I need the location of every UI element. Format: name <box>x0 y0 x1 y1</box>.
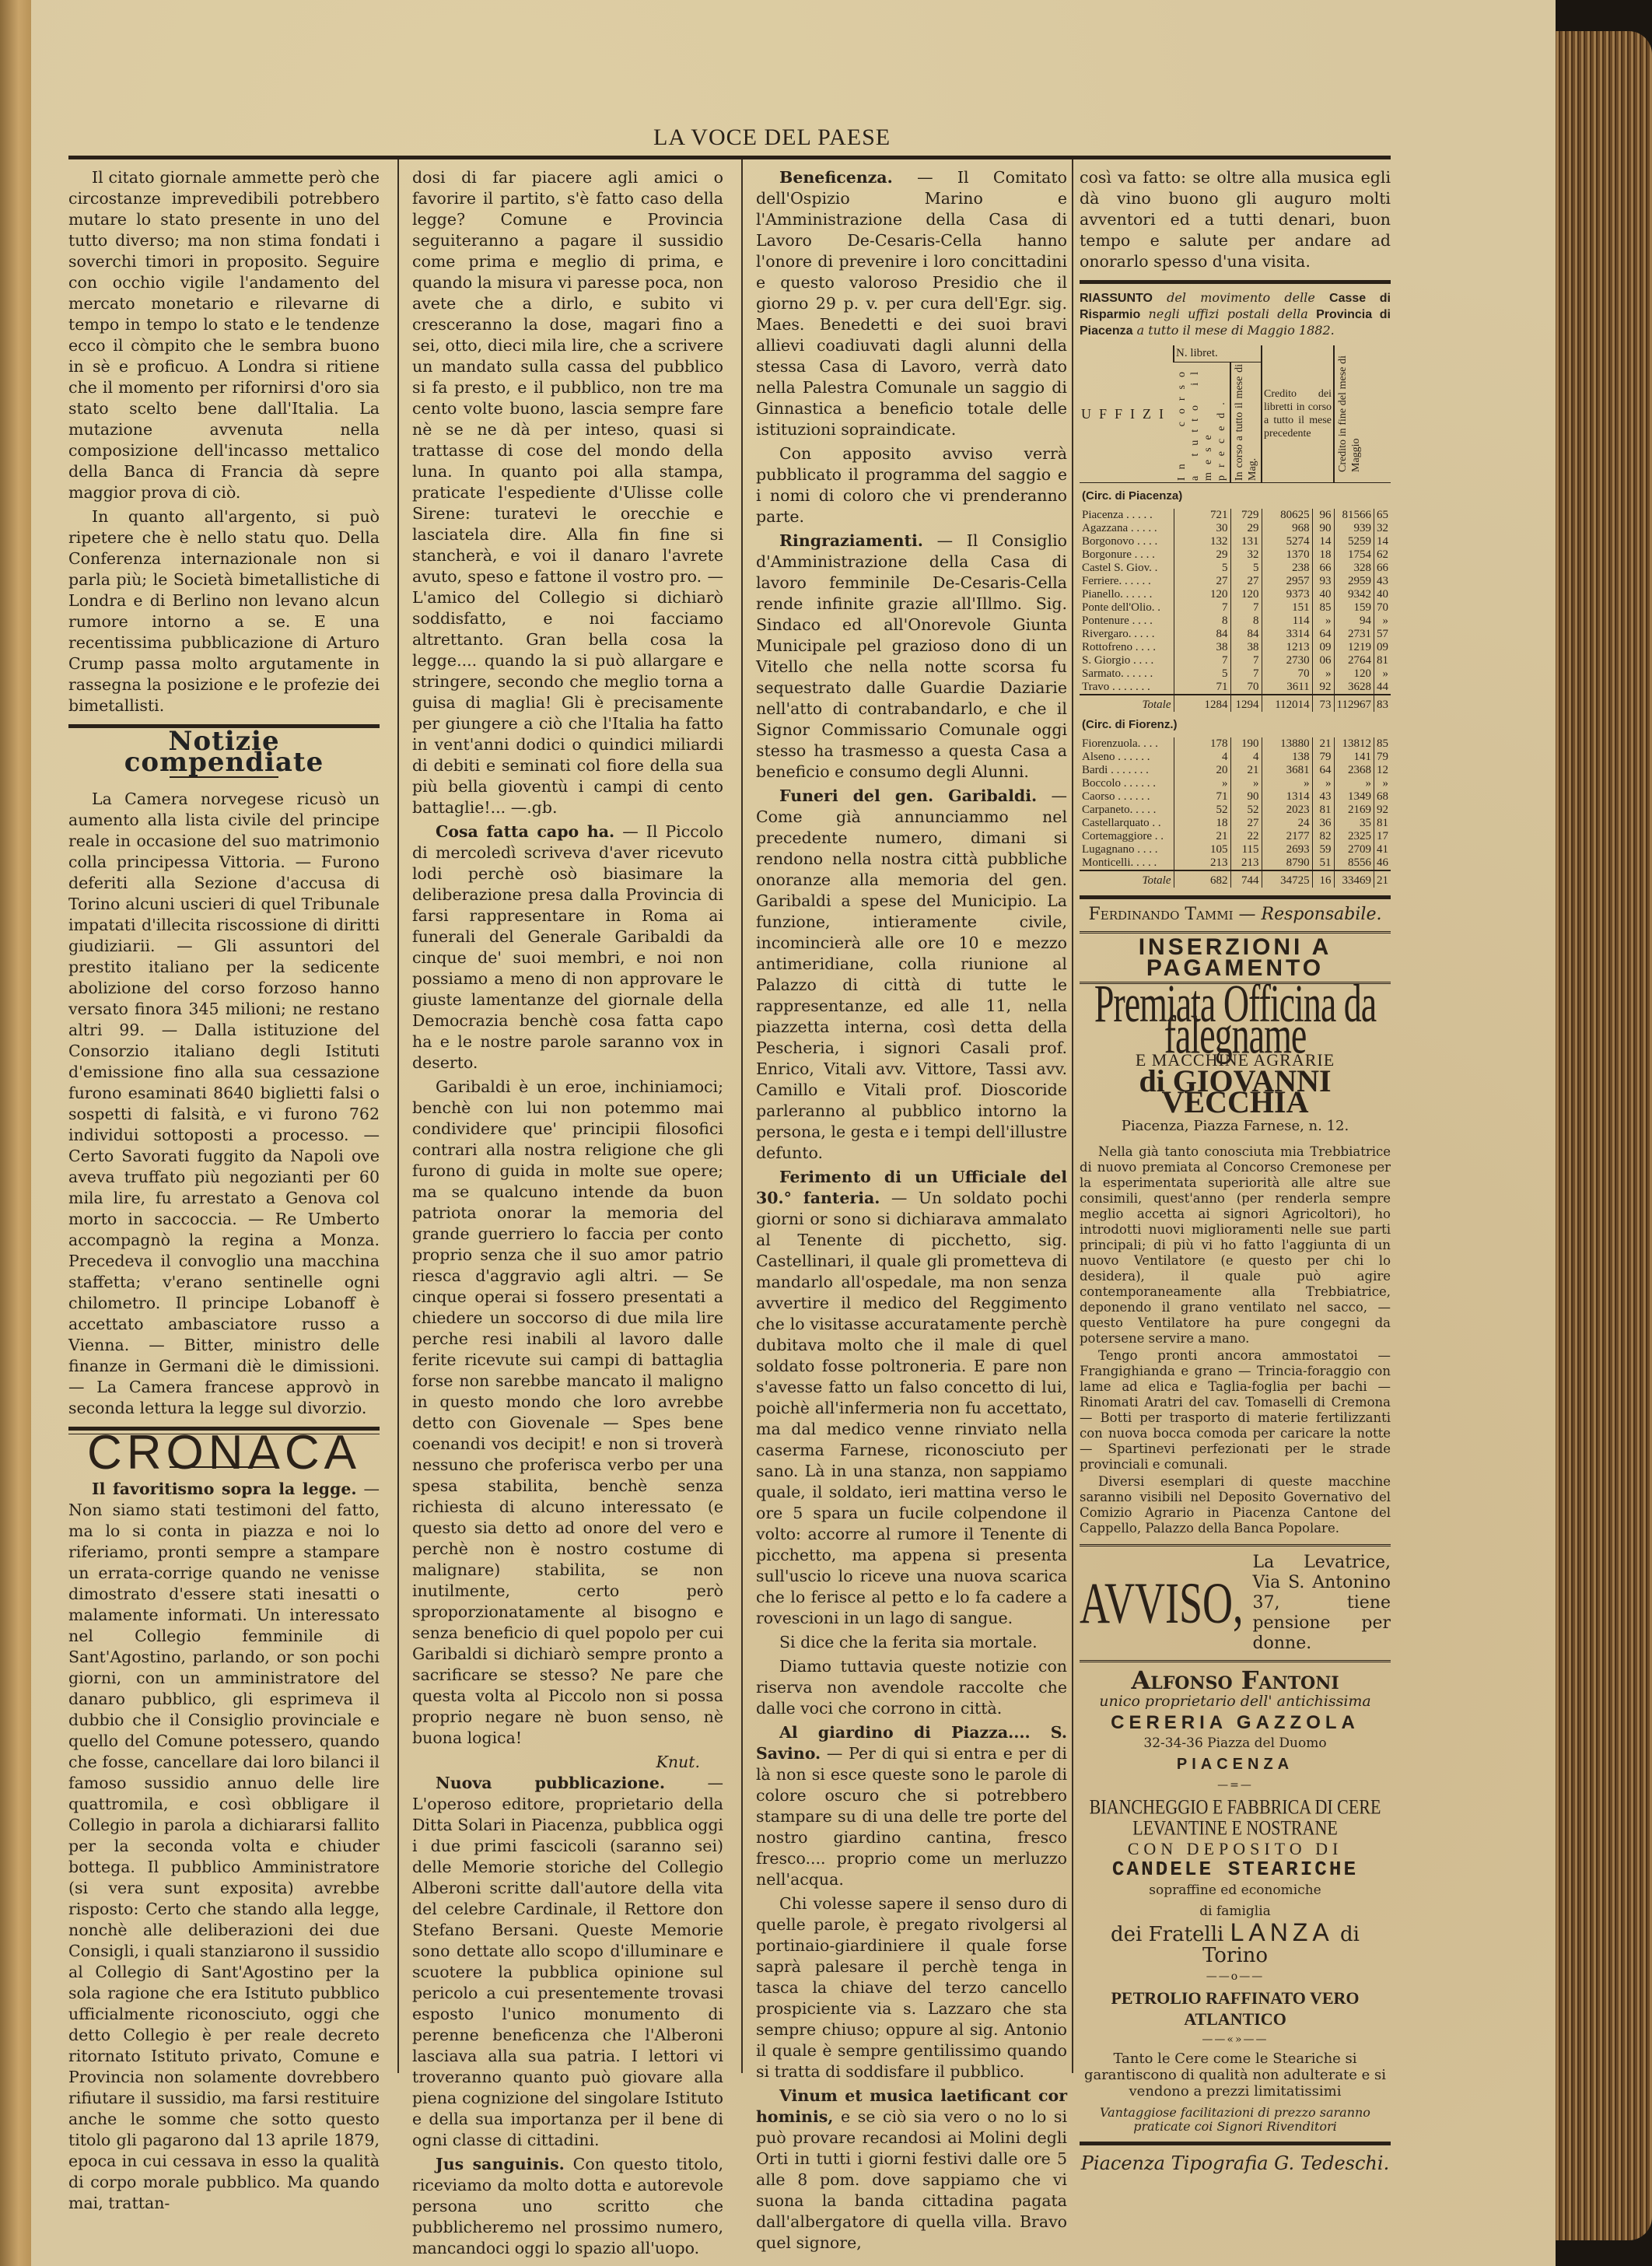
cell-value: 4 <box>1230 751 1262 764</box>
table-row: Rivergaro. . . . .8484331464273157 <box>1080 628 1391 641</box>
cell-value: 5259 <box>1334 535 1374 548</box>
col-header-nlibret: N. libret. <box>1174 345 1262 362</box>
cell-value: 8 <box>1230 615 1262 628</box>
cell-value: 131 <box>1230 535 1262 548</box>
cell-value: 38 <box>1174 641 1230 654</box>
cell-value: » <box>1262 777 1312 790</box>
cell-value: 328 <box>1334 562 1374 575</box>
office-name: Agazzana . . . . . <box>1080 522 1174 535</box>
cell-value: 8790 <box>1262 856 1312 870</box>
table-row: Lugagnano . . . .105115269359270941 <box>1080 843 1391 856</box>
cell-value: 70 <box>1230 681 1262 695</box>
cell-value: 24 <box>1262 817 1312 830</box>
cell-value: 132 <box>1174 535 1230 548</box>
ad-vecchia: Premiata Officina da falegname E MACCHIN… <box>1080 998 1391 1137</box>
ad-brand: LANZA <box>1230 1918 1334 1946</box>
cell-value: 120 <box>1334 667 1374 681</box>
cell-value: 20 <box>1174 764 1230 777</box>
total-row: Totale128412941120147311296783 <box>1080 695 1391 712</box>
cell-value: 84 <box>1174 628 1230 641</box>
cell-value: 57 <box>1374 628 1391 641</box>
cell-value: 968 <box>1262 522 1312 535</box>
cell-value: 939 <box>1334 522 1374 535</box>
table-row: Fiorenzuola. . . .17819013880211381285 <box>1080 737 1391 751</box>
cell-value: 33469 <box>1334 870 1374 888</box>
section-heading-cronaca: CRONACA <box>68 1442 380 1463</box>
office-name: Sarmato. . . . . . <box>1080 667 1174 681</box>
circ-row: (Circ. di Piacenza) <box>1080 483 1391 510</box>
cell-value: 85 <box>1312 601 1334 615</box>
editor-role: — Responsabile. <box>1234 905 1382 924</box>
article-text: — Il Consiglio d'Amministrazione della C… <box>756 531 1067 781</box>
cell-value: 71 <box>1174 681 1230 695</box>
article-paragraph: Ferimento di un Ufficiale del 30.° fante… <box>756 1167 1067 1629</box>
cell-value: 2368 <box>1334 764 1374 777</box>
table-row: Borgonovo . . . .132131527414525914 <box>1080 535 1391 548</box>
cell-value: 8 <box>1174 615 1230 628</box>
office-name: Fiorenzuola. . . . <box>1080 737 1174 751</box>
cell-value: 120 <box>1230 588 1262 601</box>
cell-value: 94 <box>1334 615 1374 628</box>
cell-value: 27 <box>1174 575 1230 588</box>
cell-value: 51 <box>1312 856 1334 870</box>
cell-value: 14 <box>1312 535 1334 548</box>
cell-value: 178 <box>1174 737 1230 751</box>
office-name: Monticelli. . . . . <box>1080 856 1174 870</box>
cell-value: 93 <box>1312 575 1334 588</box>
cell-value: » <box>1312 667 1334 681</box>
table-row: Ponte dell'Olio. .771518515970 <box>1080 601 1391 615</box>
office-name: Travo . . . . . . . <box>1080 681 1174 695</box>
article-paragraph: In quanto all'argento, si può ripetere c… <box>68 506 380 716</box>
article-title: Jus sanguinis. <box>436 2155 565 2173</box>
ad-name: di GIOVANNI VECCHIA <box>1080 1070 1391 1112</box>
col-header-credito-fine: Credito in fine del mese di Maggio <box>1334 345 1391 483</box>
cell-value: 2169 <box>1334 804 1374 817</box>
cell-value: 59 <box>1312 843 1334 856</box>
cell-value: 79 <box>1374 751 1391 764</box>
cell-value: » <box>1230 777 1262 790</box>
cell-value: 27 <box>1230 817 1262 830</box>
table-row: Pianello. . . . . .120120937340934240 <box>1080 588 1391 601</box>
table-row: Cortemaggiore . .2122217782232517 <box>1080 830 1391 843</box>
cell-value: 729 <box>1230 509 1262 522</box>
article-paragraph: Nuova pubblicazione. — L'operoso editore… <box>412 1773 723 2151</box>
cell-value: 90 <box>1312 522 1334 535</box>
cell-value: 81 <box>1312 804 1334 817</box>
cell-value: 7 <box>1174 654 1230 667</box>
cell-value: 40 <box>1312 588 1334 601</box>
cell-value: 3628 <box>1334 681 1374 695</box>
article-title: Cosa fatta capo ha. <box>436 822 614 841</box>
cell-value: 71 <box>1174 790 1230 804</box>
cell-value: 27 <box>1230 575 1262 588</box>
ad-guarantee: Tanto le Cere come le Steariche si garan… <box>1080 2051 1391 2100</box>
article-text: — Come già annunciammo nel precedente nu… <box>756 786 1067 1162</box>
article-paragraph: così va fatto: se oltre alla musica egli… <box>1080 167 1391 272</box>
cell-value: 3314 <box>1262 628 1312 641</box>
cell-value: 96 <box>1312 509 1334 522</box>
office-name: Bardi . . . . . . . <box>1080 764 1174 777</box>
ad-text: dei Fratelli <box>1111 1923 1230 1946</box>
cell-value: 70 <box>1374 601 1391 615</box>
table-row: Bardi . . . . . . .2021368164236812 <box>1080 764 1391 777</box>
cell-value: 1370 <box>1262 548 1312 562</box>
cell-value: 7 <box>1230 601 1262 615</box>
cell-value: 43 <box>1312 790 1334 804</box>
article-paragraph: Diamo tuttavia queste notizie con riserv… <box>756 1656 1067 1719</box>
cell-value: » <box>1334 777 1374 790</box>
column-divider <box>397 159 399 2073</box>
riassunto-title: RIASSUNTO del movimento delle Casse di R… <box>1080 290 1391 339</box>
office-name: Carpaneto. . . . . <box>1080 804 1174 817</box>
article-text: e se ciò sia vero o no lo si può provare… <box>756 2107 1067 2252</box>
ad-business: CERERIA GAZZOLA <box>1080 1712 1391 1733</box>
article-paragraph: Con apposito avviso verrà pubblicato il … <box>756 443 1067 527</box>
article-title: Beneficenza. <box>779 168 893 187</box>
cell-value: 7 <box>1230 667 1262 681</box>
running-head: LA VOCE DEL PAESE <box>653 124 891 151</box>
cell-value: 44 <box>1374 681 1391 695</box>
cell-value: 7 <box>1230 654 1262 667</box>
book-page-edges <box>1548 31 1652 2240</box>
cell-value: 138 <box>1262 751 1312 764</box>
cell-value: 1213 <box>1262 641 1312 654</box>
adjacent-page-edge <box>0 0 31 2266</box>
cell-value: 9373 <box>1262 588 1312 601</box>
column-2: dosi di far piacere agli amici o favorir… <box>412 167 723 2262</box>
office-name: Borgonure . . . . <box>1080 548 1174 562</box>
cell-value: 112967 <box>1334 695 1374 712</box>
col-header-mag: In corso a tutto il mese di Mag. <box>1230 362 1262 483</box>
cell-value: 73 <box>1312 695 1334 712</box>
cell-value: 2730 <box>1262 654 1312 667</box>
cell-value: 682 <box>1174 870 1230 888</box>
office-name: Castel S. Giov. . <box>1080 562 1174 575</box>
editor-name: Ferdinando Tammi <box>1089 905 1234 924</box>
ad-headline: Premiata Officina da falegname <box>1080 988 1391 1051</box>
cell-value: » <box>1374 615 1391 628</box>
cell-value: » <box>1174 777 1230 790</box>
circ-label: (Circ. di Piacenza) <box>1080 483 1391 510</box>
article-title: Ringraziamenti. <box>779 531 923 550</box>
office-name: Rottofreno . . . . <box>1080 641 1174 654</box>
ad-paragraph: Diversi esemplari di queste macchine sar… <box>1080 1474 1391 1536</box>
cell-value: 213 <box>1230 856 1262 870</box>
cell-value: 81 <box>1374 817 1391 830</box>
vertical-label: In corso a tutto il mese preced. <box>1175 364 1228 481</box>
column-divider <box>1072 159 1073 2073</box>
cell-value: 29 <box>1174 548 1230 562</box>
cell-value: 141 <box>1334 751 1374 764</box>
ad-address: Piacenza, Piazza Farnese, n. 12. <box>1080 1115 1391 1137</box>
cell-value: 52 <box>1174 804 1230 817</box>
cell-value: 64 <box>1312 628 1334 641</box>
cell-value: 1754 <box>1334 548 1374 562</box>
article-paragraph: Al giardino di Piazza.... S. Savino. — P… <box>756 1722 1067 1890</box>
cell-value: 721 <box>1174 509 1230 522</box>
vertical-label: In corso a tutto il mese di Mag. <box>1233 364 1259 481</box>
ad-address: 32-34-36 Piazza del Duomo <box>1080 1733 1391 1754</box>
circ-row: (Circ. di Fiorenz.) <box>1080 712 1391 737</box>
ornament: —=— <box>1080 1775 1391 1796</box>
cell-value: 115 <box>1230 843 1262 856</box>
riassunto-text: negli uffizi postali della <box>1140 306 1316 321</box>
cell-value: 2959 <box>1334 575 1374 588</box>
table-row: Carpaneto. . . . .5252202381216992 <box>1080 804 1391 817</box>
cell-value: 62 <box>1374 548 1391 562</box>
table-row: Pontenure . . . .88114»94» <box>1080 615 1391 628</box>
cell-value: 17 <box>1374 830 1391 843</box>
column-3: Beneficenza. — Il Comitato dell'Ospizio … <box>756 167 1067 2257</box>
cell-value: 3681 <box>1262 764 1312 777</box>
cell-value: 5 <box>1230 562 1262 575</box>
ornament: ——«»—— <box>1080 2030 1391 2051</box>
ad-note: Vantaggiose facilitazioni di prezzo sara… <box>1080 2106 1391 2134</box>
article-text: — Il Comitato dell'Ospizio Marino e l'Am… <box>756 168 1067 439</box>
table-row: Monticelli. . . . .213213879051855646 <box>1080 856 1391 870</box>
table-row: Piacenza . . . . .72172980625968156665 <box>1080 509 1391 522</box>
cell-value: 06 <box>1312 654 1334 667</box>
cell-value: 5274 <box>1262 535 1312 548</box>
column-divider <box>741 159 743 2073</box>
savings-table: UFFIZI N. libret. Credito dei libretti i… <box>1080 345 1391 888</box>
cell-value: 29 <box>1230 522 1262 535</box>
cell-value: 84 <box>1230 628 1262 641</box>
table-row: Travo . . . . . . .7170361192362844 <box>1080 681 1391 695</box>
cell-value: 13880 <box>1262 737 1312 751</box>
article-text: — Il Piccolo di mercoledì scriveva d'ave… <box>412 822 723 1072</box>
cell-value: 85 <box>1374 737 1391 751</box>
cell-value: » <box>1374 777 1391 790</box>
cell-value: 79 <box>1312 751 1334 764</box>
office-name: Alseno . . . . . . <box>1080 751 1174 764</box>
header-rule <box>68 156 1391 159</box>
cell-value: 38 <box>1230 641 1262 654</box>
table-row: Borgonure . . . .2932137018175462 <box>1080 548 1391 562</box>
cell-value: 21 <box>1374 870 1391 888</box>
responsabile-line: Ferdinando Tammi — Responsabile. <box>1080 904 1391 925</box>
cell-value: 159 <box>1334 601 1374 615</box>
cell-value: 213 <box>1174 856 1230 870</box>
cell-value: 09 <box>1312 641 1334 654</box>
office-name: Lugagnano . . . . <box>1080 843 1174 856</box>
cell-value: » <box>1312 615 1334 628</box>
cell-value: 5 <box>1174 667 1230 681</box>
signature: Knut. <box>412 1752 723 1773</box>
avviso-text: La Levatrice, Via S. Antonino 37, tiene … <box>1253 1553 1391 1654</box>
article-paragraph: Beneficenza. — Il Comitato dell'Ospizio … <box>756 167 1067 440</box>
office-name: Ponte dell'Olio. . <box>1080 601 1174 615</box>
article-text: — Per di qui si entra e per di là non si… <box>756 1744 1067 1889</box>
office-name: Totale <box>1080 870 1174 888</box>
cell-value: 18 <box>1174 817 1230 830</box>
ad-paragraph: Tengo pronti ancora ammostatoi — Frangig… <box>1080 1348 1391 1473</box>
cell-value: 3611 <box>1262 681 1312 695</box>
cell-value: 21 <box>1312 737 1334 751</box>
cell-value: 32 <box>1374 522 1391 535</box>
table-row: Alseno . . . . . .441387914179 <box>1080 751 1391 764</box>
article-title: Il favoritismo sopra la legge. <box>92 1480 357 1498</box>
printer-imprint: Piacenza Tipografia G. Tedeschi. <box>1080 2142 1391 2174</box>
article-paragraph: Garibaldi è un eroe, inchiniamoci; bench… <box>412 1077 723 1749</box>
cell-value: 114 <box>1262 615 1312 628</box>
cell-value: 32 <box>1230 548 1262 562</box>
office-name: Totale <box>1080 695 1174 712</box>
cell-value: 105 <box>1174 843 1230 856</box>
cell-value: 66 <box>1312 562 1334 575</box>
article-text: — L'operoso editore, proprietario della … <box>412 1774 723 2149</box>
office-name: Cortemaggiore . . <box>1080 830 1174 843</box>
office-name: Rivergaro. . . . . <box>1080 628 1174 641</box>
section-rule <box>1080 280 1391 284</box>
cell-value: 40 <box>1374 588 1391 601</box>
cell-value: 190 <box>1230 737 1262 751</box>
table-row: Ferriere. . . . . .2727295793295943 <box>1080 575 1391 588</box>
cell-value: 41 <box>1374 843 1391 856</box>
riassunto-text: a tutto il mese di Maggio 1882. <box>1132 323 1334 338</box>
cell-value: » <box>1312 777 1334 790</box>
cell-value: 92 <box>1312 681 1334 695</box>
article-paragraph: Ringraziamenti. — Il Consiglio d'Amminis… <box>756 531 1067 783</box>
ad-subtitle: unico proprietario dell' antichissima <box>1080 1691 1391 1712</box>
cell-value: 12 <box>1374 764 1391 777</box>
article-paragraph: Il favoritismo sopra la legge. — Non sia… <box>68 1479 380 2214</box>
office-name: Castellarquato . . <box>1080 817 1174 830</box>
office-name: S. Giorgio . . . . <box>1080 654 1174 667</box>
circ-label: (Circ. di Fiorenz.) <box>1080 712 1391 737</box>
ornament: ——o—— <box>1080 1967 1391 1988</box>
article-text: — Non siamo stati testimoni del fatto, m… <box>68 1480 380 2212</box>
article-paragraph: La Camera norvegese ricusò un aumento al… <box>68 789 380 1419</box>
cell-value: 22 <box>1230 830 1262 843</box>
cell-value: 18 <box>1312 548 1334 562</box>
cell-value: 238 <box>1262 562 1312 575</box>
cell-value: 35 <box>1334 817 1374 830</box>
cell-value: 70 <box>1262 667 1312 681</box>
table-row: Agazzana . . . . .30299689093932 <box>1080 522 1391 535</box>
ad-line: LEVANTINE E NOSTRANE <box>1080 1815 1391 1840</box>
cell-value: 9342 <box>1334 588 1374 601</box>
cell-value: 2764 <box>1334 654 1374 667</box>
col-header-prec: In corso a tutto il mese preced. <box>1174 362 1230 483</box>
ad-product: PETROLIO RAFFINATO VERO ATLANTICO <box>1080 1988 1391 2030</box>
article-paragraph: Funeri del gen. Garibaldi. — Come già an… <box>756 786 1067 1164</box>
cell-value: 4 <box>1174 751 1230 764</box>
cell-value: 1294 <box>1230 695 1262 712</box>
cell-value: 16 <box>1312 870 1334 888</box>
article-paragraph: Si dice che la ferita sia mortale. <box>756 1632 1067 1653</box>
cell-value: 83 <box>1374 695 1391 712</box>
cell-value: 21 <box>1174 830 1230 843</box>
article-paragraph: Jus sanguinis. Con questo titolo, ricevi… <box>412 2154 723 2259</box>
cell-value: 14 <box>1374 535 1391 548</box>
cell-value: 13812 <box>1334 737 1374 751</box>
cell-value: 120 <box>1174 588 1230 601</box>
column-4: così va fatto: se oltre alla musica egli… <box>1080 167 1391 2174</box>
cell-value: 09 <box>1374 641 1391 654</box>
article-title: Nuova pubblicazione. <box>436 1774 665 1792</box>
section-heading-notizie: Notizie compendiate <box>68 731 380 773</box>
cell-value: 46 <box>1374 856 1391 870</box>
table-row: Sarmato. . . . . .5770»120» <box>1080 667 1391 681</box>
col-header-uffizi: UFFIZI <box>1080 345 1174 483</box>
ad-vecchia-body: Nella già tanto conosciuta mia Trebbiatr… <box>1080 1144 1391 1536</box>
table-row: S. Giorgio . . . .77273006276481 <box>1080 654 1391 667</box>
cell-value: 744 <box>1230 870 1262 888</box>
article-text: — Un soldato pochi giorni or sono si dic… <box>756 1189 1067 1627</box>
cell-value: 92 <box>1374 804 1391 817</box>
cell-value: 36 <box>1312 817 1334 830</box>
office-name: Ferriere. . . . . . <box>1080 575 1174 588</box>
cell-value: 5 <box>1174 562 1230 575</box>
office-name: Piacenza . . . . . <box>1080 509 1174 522</box>
table-row: Rottofreno . . . .3838121309121909 <box>1080 641 1391 654</box>
total-row: Totale68274434725163346921 <box>1080 870 1391 888</box>
cell-value: 1219 <box>1334 641 1374 654</box>
table-row: Boccolo . . . . . .»»»»»» <box>1080 777 1391 790</box>
cell-value: 1284 <box>1174 695 1230 712</box>
col-header-credito-prec: Credito dei libretti in corso a tutto il… <box>1262 345 1334 483</box>
article-paragraph: dosi di far piacere agli amici o favorir… <box>412 167 723 818</box>
ad-product: CANDELE STEARICHE <box>1080 1859 1391 1880</box>
cell-value: 8556 <box>1334 856 1374 870</box>
cell-value: 66 <box>1374 562 1391 575</box>
ad-lanza-line: dei Fratelli LANZA di Torino <box>1080 1922 1391 1967</box>
avviso-word: AVVISO, <box>1080 1588 1244 1618</box>
cell-value: 151 <box>1262 601 1312 615</box>
table-row: Castel S. Giov. .552386632866 <box>1080 562 1391 575</box>
ad-city: PIACENZA <box>1080 1754 1391 1775</box>
office-name: Caorso . . . . . . <box>1080 790 1174 804</box>
cell-value: 1314 <box>1262 790 1312 804</box>
ad-fantoni: Alfonso Fantoni unico proprietario dell'… <box>1080 1670 1391 2134</box>
cell-value: 80625 <box>1262 509 1312 522</box>
cell-value: 82 <box>1312 830 1334 843</box>
cell-value: 2731 <box>1334 628 1374 641</box>
vertical-label: Credito in fine del mese di Maggio <box>1336 355 1363 472</box>
article-title: Funeri del gen. Garibaldi. <box>779 786 1037 805</box>
riassunto-text: del movimento delle <box>1153 290 1329 305</box>
cell-value: 2957 <box>1262 575 1312 588</box>
cell-value: 2709 <box>1334 843 1374 856</box>
cell-value: 1349 <box>1334 790 1374 804</box>
cell-value: 34725 <box>1262 870 1312 888</box>
riassunto-label: RIASSUNTO <box>1080 292 1153 305</box>
cell-value: 30 <box>1174 522 1230 535</box>
cell-value: 90 <box>1230 790 1262 804</box>
cell-value: 81566 <box>1334 509 1374 522</box>
article-paragraph: Il citato giornale ammette però che circ… <box>68 167 380 503</box>
table-row: Caorso . . . . . .7190131443134968 <box>1080 790 1391 804</box>
office-name: Pianello. . . . . . <box>1080 588 1174 601</box>
article-paragraph: Chi volesse sapere il senso duro di quel… <box>756 1893 1067 2082</box>
office-name: Borgonovo . . . . <box>1080 535 1174 548</box>
cell-value: 7 <box>1174 601 1230 615</box>
office-name: Pontenure . . . . <box>1080 615 1174 628</box>
cell-value: 21 <box>1230 764 1262 777</box>
cell-value: 65 <box>1374 509 1391 522</box>
cell-value: 52 <box>1230 804 1262 817</box>
section-rule <box>1080 895 1391 899</box>
cell-value: 2177 <box>1262 830 1312 843</box>
ad-avviso: AVVISO, La Levatrice, Via S. Antonino 37… <box>1080 1544 1391 1662</box>
ad-line: sopraffine ed economiche <box>1080 1880 1391 1901</box>
article-paragraph: Cosa fatta capo ha. — Il Piccolo di merc… <box>412 821 723 1073</box>
cell-value: 2023 <box>1262 804 1312 817</box>
ad-name: Alfonso Fantoni <box>1080 1670 1391 1691</box>
cell-value: 2325 <box>1334 830 1374 843</box>
